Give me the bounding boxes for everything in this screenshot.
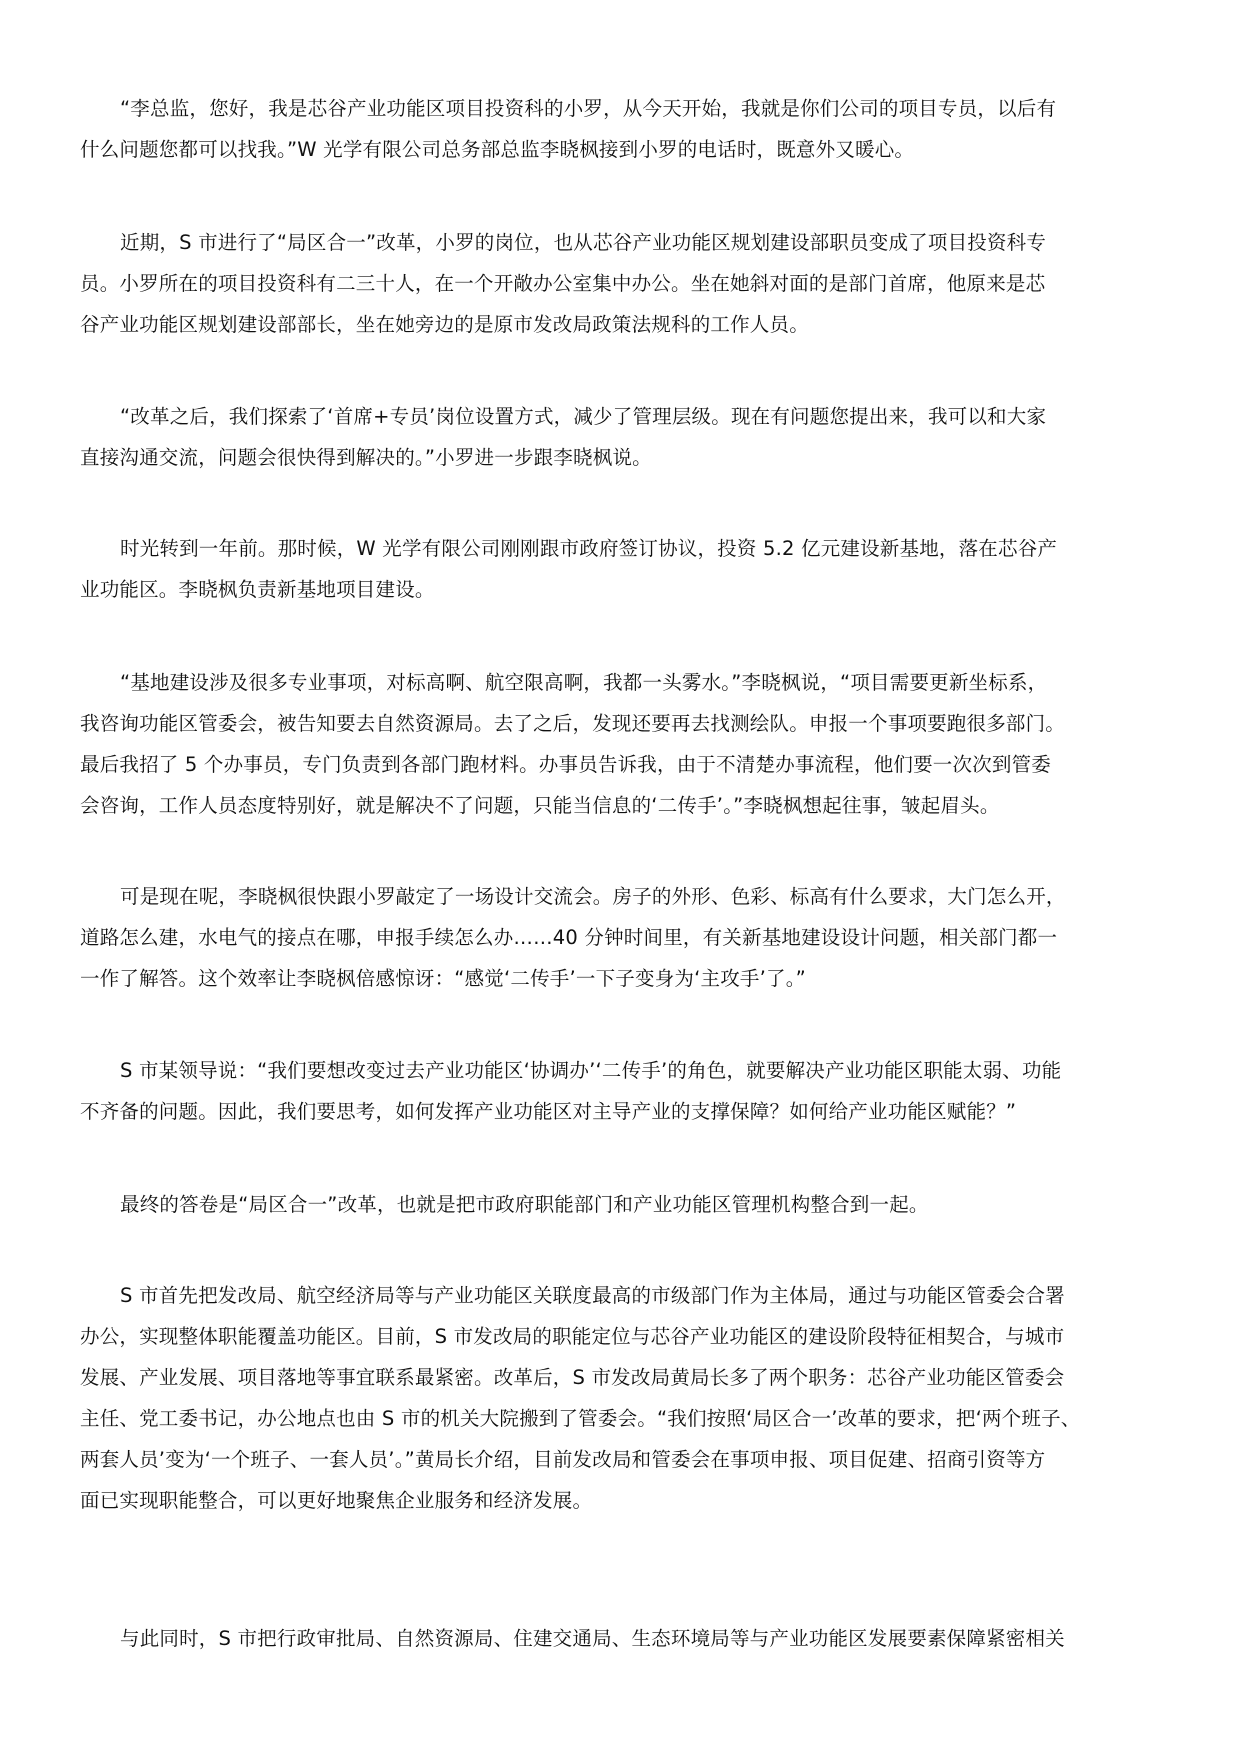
text-line: 一作了解答。这个效率让李晓枫倍感惊讶：“感觉‘二传手’一下子变身为‘主攻手’了。… — [80, 958, 1180, 999]
paragraph-current-efficiency: 可是现在呢，李晓枫很快跟小罗敲定了一场设计交流会。房子的外形、色彩、标高有什么要… — [80, 876, 1180, 999]
text-line: 什么问题您都可以找我。”W 光学有限公司总务部总监李晓枫接到小罗的电话时，既意外… — [80, 129, 1180, 170]
text-line: 与此同时，S 市把行政审批局、自然资源局、住建交通局、生态环境局等与产业功能区发… — [80, 1618, 1180, 1659]
text-line: 时光转到一年前。那时候，W 光学有限公司刚刚跟市政府签订协议，投资 5.2 亿元… — [80, 528, 1180, 569]
paragraph-leader-quote: S 市某领导说：“我们要想改变过去产业功能区‘协调办’‘二传手’的角色，就要解决… — [80, 1050, 1180, 1132]
text-line: 道路怎么建，水电气的接点在哪，申报手续怎么办……40 分钟时间里，有关新基地建设… — [80, 917, 1180, 958]
paragraph-post-reform-quote: “改革之后，我们探索了‘首席+专员’岗位设置方式，减少了管理层级。现在有问题您提… — [80, 396, 1180, 478]
text-line: 会咨询，工作人员态度特别好，就是解决不了问题，只能当信息的‘二传手’。”李晓枫想… — [80, 785, 1180, 826]
paragraph-past-difficulties: “基地建设涉及很多专业事项，对标高啊、航空限高啊，我都一头雾水。”李晓枫说，“项… — [80, 662, 1180, 826]
text-line: 员。小罗所在的项目投资科有二三十人，在一个开敞办公室集中办公。坐在她斜对面的是部… — [80, 263, 1180, 304]
text-line: 办公，实现整体职能覆盖功能区。目前，S 市发改局的职能定位与芯谷产业功能区的建设… — [80, 1316, 1180, 1357]
text-line: 我咨询功能区管委会，被告知要去自然资源局。去了之后，发现还要再去找测绘队。申报一… — [80, 703, 1180, 744]
text-line: 面已实现职能整合，可以更好地聚焦企业服务和经济发展。 — [80, 1480, 1180, 1521]
text-line: 发展、产业发展、项目落地等事宜联系最紧密。改革后，S 市发改局黄局长多了两个职务… — [80, 1357, 1180, 1398]
text-line: 不齐备的问题。因此，我们要思考，如何发挥产业功能区对主导产业的支撑保障？如何给产… — [80, 1091, 1180, 1132]
text-line: “基地建设涉及很多专业事项，对标高啊、航空限高啊，我都一头雾水。”李晓枫说，“项… — [80, 662, 1180, 703]
text-line: 可是现在呢，李晓枫很快跟小罗敲定了一场设计交流会。房子的外形、色彩、标高有什么要… — [80, 876, 1180, 917]
paragraph-final-answer: 最终的答卷是“局区合一”改革，也就是把市政府职能部门和产业功能区管理机构整合到一… — [80, 1184, 1180, 1225]
text-line: S 市某领导说：“我们要想改变过去产业功能区‘协调办’‘二传手’的角色，就要解决… — [80, 1050, 1180, 1091]
text-line: 业功能区。李晓枫负责新基地项目建设。 — [80, 569, 1180, 610]
paragraph-reform-background: 近期，S 市进行了“局区合一”改革，小罗的岗位，也从芯谷产业功能区规划建设部职员… — [80, 222, 1180, 345]
paragraph-one-year-ago: 时光转到一年前。那时候，W 光学有限公司刚刚跟市政府签订协议，投资 5.2 亿元… — [80, 528, 1180, 610]
text-line: “改革之后，我们探索了‘首席+专员’岗位设置方式，减少了管理层级。现在有问题您提… — [80, 396, 1180, 437]
paragraph-main-bureau: S 市首先把发改局、航空经济局等与产业功能区关联度最高的市级部门作为主体局，通过… — [80, 1275, 1180, 1521]
text-line: 最终的答卷是“局区合一”改革，也就是把市政府职能部门和产业功能区管理机构整合到一… — [80, 1184, 1180, 1225]
paragraph-meanwhile: 与此同时，S 市把行政审批局、自然资源局、住建交通局、生态环境局等与产业功能区发… — [80, 1618, 1180, 1659]
text-line: “李总监，您好，我是芯谷产业功能区项目投资科的小罗，从今天开始，我就是你们公司的… — [80, 88, 1180, 129]
paragraph-intro-call: “李总监，您好，我是芯谷产业功能区项目投资科的小罗，从今天开始，我就是你们公司的… — [80, 88, 1180, 170]
text-line: 近期，S 市进行了“局区合一”改革，小罗的岗位，也从芯谷产业功能区规划建设部职员… — [80, 222, 1180, 263]
text-line: 直接沟通交流，问题会很快得到解决的。”小罗进一步跟李晓枫说。 — [80, 437, 1180, 478]
text-line: 谷产业功能区规划建设部部长，坐在她旁边的是原市发改局政策法规科的工作人员。 — [80, 304, 1180, 345]
document-page: “李总监，您好，我是芯谷产业功能区项目投资科的小罗，从今天开始，我就是你们公司的… — [0, 0, 1240, 1754]
text-line: 最后我招了 5 个办事员，专门负责到各部门跑材料。办事员告诉我，由于不清楚办事流… — [80, 744, 1180, 785]
text-line: S 市首先把发改局、航空经济局等与产业功能区关联度最高的市级部门作为主体局，通过… — [80, 1275, 1180, 1316]
text-line: 两套人员’变为‘一个班子、一套人员’。”黄局长介绍，目前发改局和管委会在事项申报… — [80, 1439, 1180, 1480]
text-line: 主任、党工委书记，办公地点也由 S 市的机关大院搬到了管委会。“我们按照‘局区合… — [80, 1398, 1180, 1439]
